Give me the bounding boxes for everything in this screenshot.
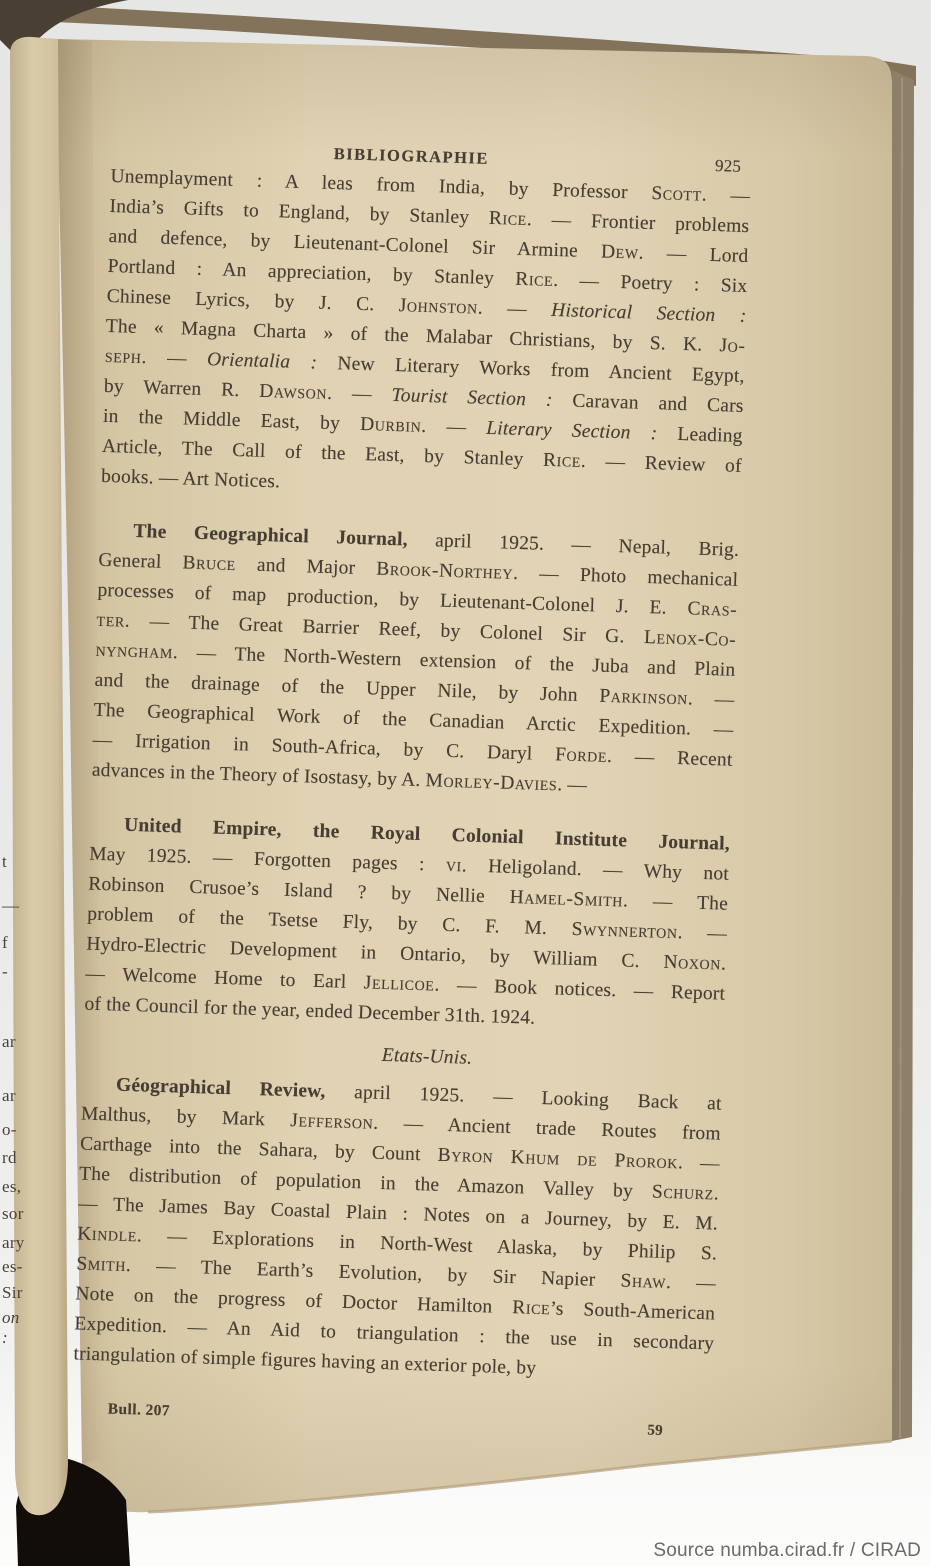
paragraph: The Geographical Journal, april 1925. — … [91, 516, 739, 806]
body-text: Unemplayment : A leas from India, by Pro… [73, 162, 751, 1390]
edge-fragment: o- [2, 1120, 17, 1140]
edge-fragment: on : [2, 1308, 30, 1348]
edge-fragment: ary [2, 1233, 25, 1253]
fore-edge-pages [892, 70, 914, 1441]
edge-fragment: f [2, 933, 8, 953]
folio-number: 59 [647, 1415, 663, 1445]
edge-fragment: sor [2, 1204, 24, 1224]
edge-fragment: es- [2, 1257, 23, 1277]
bulletin-number: Bull. 207 [107, 1395, 170, 1427]
edge-fragment: rd [2, 1148, 17, 1168]
page-content: BIBLIOGRAPHIE 925 Unemplayment : A leas … [71, 130, 751, 1439]
edge-fragment: ar [2, 1032, 16, 1052]
edge-fragment: — [2, 896, 19, 916]
paragraph: United Empire, the Royal Colonial Instit… [84, 810, 730, 1040]
edge-fragment: ar [2, 1086, 16, 1106]
book-scan: t—f-araro-rdes,soraryes-Siron : BIBLIOGR… [0, 0, 931, 1566]
paragraph: Géographical Review, april 1925. — Looki… [73, 1070, 722, 1390]
edge-fragment: es, [2, 1177, 21, 1197]
source-credit: Source numba.cirad.fr / CIRAD [653, 1540, 921, 1562]
page-number: 925 [715, 155, 742, 178]
paragraph: Unemplayment : A leas from India, by Pro… [101, 162, 751, 512]
edge-fragment: t [2, 852, 7, 872]
left-page-edge-fragments: t—f-araro-rdes,soraryes-Siron : [0, 0, 30, 1566]
edge-fragment: - [2, 962, 8, 982]
edge-fragment: Sir [2, 1283, 23, 1303]
